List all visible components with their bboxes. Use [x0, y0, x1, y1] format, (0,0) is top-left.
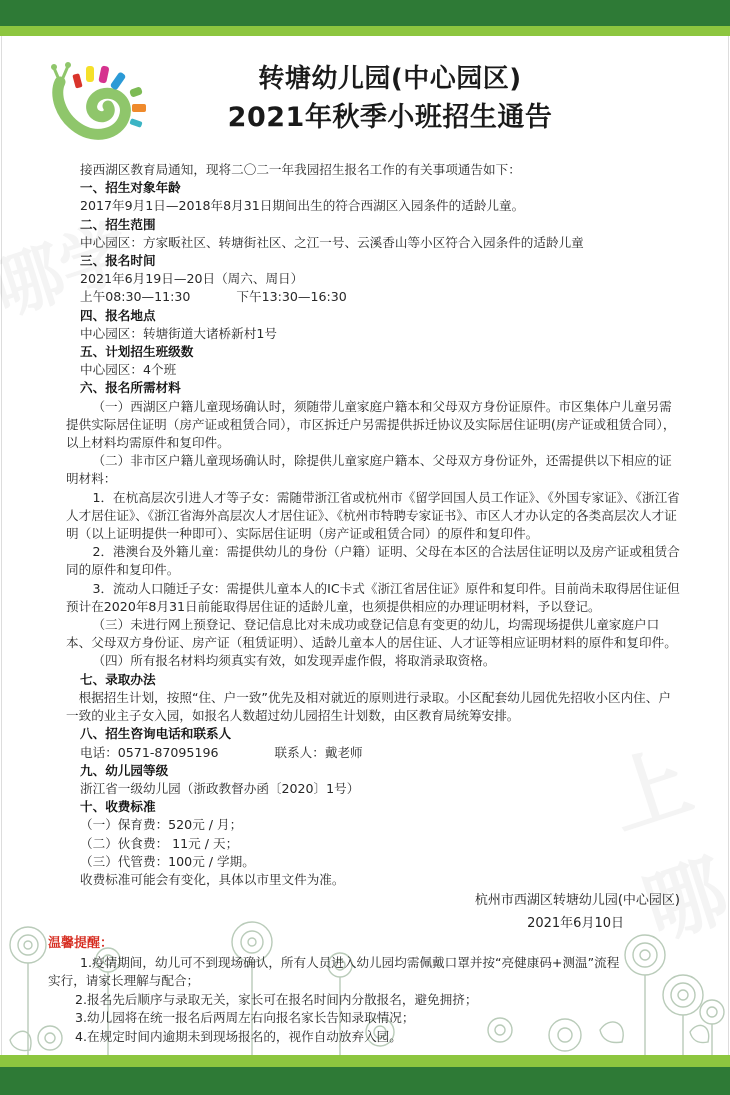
- am-hours: 上午08:30—11:30: [80, 289, 190, 304]
- section-6-para-2-1: 1．在杭高层次引进人才等子女：需随带浙江省或杭州市《留学回国人员工作证》、《外国…: [66, 489, 680, 544]
- notice-body: 接西湖区教育局通知，现将二〇二一年我园招生报名工作的有关事项通告如下： 一、招生…: [80, 161, 680, 889]
- section-6-heading: 六、报名所需材料: [80, 379, 680, 397]
- reminder-block: 温馨提醒： 1.疫情期间，幼儿可不到现场确认，所有人员进入幼儿园均需佩戴口罩并按…: [48, 935, 688, 1046]
- reminder-item-1-cont: 实行，请家长理解与配合；: [48, 972, 688, 991]
- section-6-para-1: （一）西湖区户籍儿童现场确认时，须随带儿童家庭户籍本和父母双方身份证原件。市区集…: [66, 398, 680, 453]
- left-border: [1, 36, 2, 1055]
- section-7-body: 根据招生计划，按照“住、户一致”优先及相对就近的原则进行录取。小区配套幼儿园优先…: [66, 689, 680, 725]
- section-6-para-2-2: 2．港澳台及外籍儿童：需提供幼儿的身份（户籍）证明、父母在本区的合法居住证明以及…: [66, 543, 680, 579]
- section-1-heading: 一、招生对象年龄: [80, 179, 680, 197]
- section-8-contact: 电话：0571-87095196联系人：戴老师: [80, 744, 680, 762]
- section-1-body: 2017年9月1日—2018年8月31日期间出生的符合西湖区入园条件的适龄儿童。: [80, 197, 680, 215]
- section-10-heading: 十、收费标准: [80, 798, 680, 816]
- section-9-body: 浙江省一级幼儿园（浙政教督办函〔2020〕1号）: [80, 780, 680, 798]
- intro-text: 接西湖区教育局通知，现将二〇二一年我园招生报名工作的有关事项通告如下：: [80, 161, 680, 179]
- top-band-dark: [0, 0, 730, 26]
- section-2-body: 中心园区：方家畈社区、转塘街社区、之江一号、云溪香山等小区符合入园条件的适龄儿童: [80, 234, 680, 252]
- section-3-date: 2021年6月19日—20日（周六、周日）: [80, 270, 680, 288]
- fee-note: 收费标准可能会有变化，具体以市里文件为准。: [80, 871, 680, 889]
- fee-item-meals: （二）伙食费： 11元 / 天；: [80, 835, 680, 853]
- section-6-para-2: （二）非市区户籍儿童现场确认时，除提供儿童家庭户籍本、父母双方身份证外，还需提供…: [66, 452, 680, 488]
- section-9-heading: 九、幼儿园等级: [80, 762, 680, 780]
- section-2-heading: 二、招生范围: [80, 216, 680, 234]
- section-6-para-3: （三）未进行网上预登记、登记信息比对未成功或登记信息有变更的幼儿，均需现场提供儿…: [66, 616, 680, 652]
- snail-handprint-logo-icon: [46, 60, 166, 142]
- bottom-band-dark: [0, 1067, 730, 1095]
- section-7-heading: 七、录取办法: [80, 671, 680, 689]
- section-5-body: 中心园区：4个班: [80, 361, 680, 379]
- top-band-light: [0, 26, 730, 36]
- section-8-heading: 八、招生咨询电话和联系人: [80, 725, 680, 743]
- fee-item-childcare: （一）保育费：520元 / 月；: [80, 816, 680, 834]
- section-3-hours: 上午08:30—11:30下午13:30—16:30: [80, 288, 680, 306]
- reminder-item-3: 3.幼儿园将在统一报名后两周左右向报名家长告知录取情况；: [48, 1009, 688, 1028]
- section-3-heading: 三、报名时间: [80, 252, 680, 270]
- signature-org: 杭州市西湖区转塘幼儿园(中心园区): [380, 889, 680, 912]
- section-6-para-2-3: 3．流动人口随迁子女：需提供儿童本人的IC卡式《浙江省居住证》原件和复印件。目前…: [66, 580, 680, 616]
- reminder-title: 温馨提醒：: [48, 935, 688, 954]
- fee-item-management: （三）代管费：100元 / 学期。: [80, 853, 680, 871]
- section-4-heading: 四、报名地点: [80, 307, 680, 325]
- phone-number: 电话：0571-87095196: [80, 745, 218, 760]
- title-line-1: 转塘幼儿园(中心园区): [180, 60, 600, 98]
- reminder-item-4: 4.在规定时间内逾期未到现场报名的，视作自动放弃入园。: [48, 1028, 688, 1047]
- section-6-para-4: （四）所有报名材料均须真实有效，如发现弄虚作假，将取消录取资格。: [66, 652, 680, 670]
- reminder-item-1: 1.疫情期间，幼儿可不到现场确认，所有人员进入幼儿园均需佩戴口罩并按“亮健康码+…: [48, 954, 688, 973]
- title-line-2: 2021年秋季小班招生通告: [180, 98, 600, 138]
- contact-person: 联系人：戴老师: [274, 745, 362, 760]
- reminder-item-2: 2.报名先后顺序与录取无关，家长可在报名时间内分散报名，避免拥挤；: [48, 991, 688, 1010]
- section-4-body: 中心园区：转塘街道大诸桥新村1号: [80, 325, 680, 343]
- page-title: 转塘幼儿园(中心园区) 2021年秋季小班招生通告: [180, 60, 600, 138]
- pm-hours: 下午13:30—16:30: [236, 289, 346, 304]
- section-5-heading: 五、计划招生班级数: [80, 343, 680, 361]
